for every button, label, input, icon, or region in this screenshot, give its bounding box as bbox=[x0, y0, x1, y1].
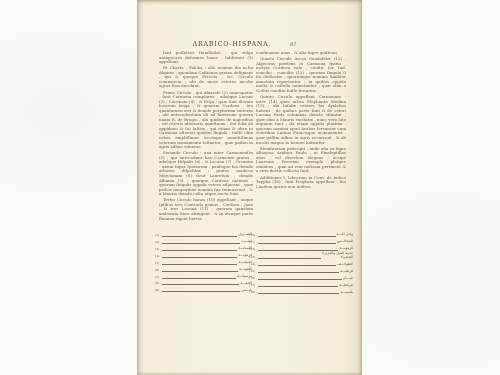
footnote-number: (14) bbox=[249, 262, 257, 266]
leader-line bbox=[162, 247, 237, 251]
footnote-arabic-word: مدينة الفيل والجزيرة الخضراء bbox=[322, 251, 353, 259]
footnote-row: (3) اللسانـــة bbox=[155, 244, 252, 251]
page-number: 87 bbox=[290, 42, 296, 48]
footnote-row: (9) بانـــس bbox=[155, 286, 252, 293]
footnote-row: (14) الطوائـــف bbox=[249, 260, 353, 267]
footnote-row: (18) بلنسيـــة bbox=[249, 288, 353, 295]
footnote-row: (15) قرطبـــة bbox=[249, 267, 353, 274]
footnote-row: (13) مدينة الفيل والجزيرة الخضراء bbox=[249, 251, 353, 259]
footnote-number: (12) bbox=[249, 247, 257, 251]
footnote-arabic-word: بلنسيـــة bbox=[340, 290, 353, 294]
paragraph: Primo Circulo , qui Alxarafe (2) nuncupa… bbox=[159, 91, 253, 150]
footnote-arabic-word: قرطبـــة bbox=[340, 269, 353, 273]
leader-line bbox=[258, 270, 339, 274]
footnote-row: (6) اللقونـــة bbox=[155, 265, 252, 272]
leader-line bbox=[258, 277, 341, 281]
footnote-number: (2) bbox=[155, 240, 161, 244]
leader-line bbox=[162, 254, 237, 258]
leader-line bbox=[258, 233, 335, 237]
footnote-row: (17) غرناطـــة bbox=[249, 281, 353, 288]
footnote-row: (8) الحمـــة bbox=[155, 279, 252, 286]
footnote-number: (16) bbox=[249, 276, 257, 280]
paragraph: confinuatas unas , & alia ſuper quiſtion… bbox=[256, 51, 346, 56]
paragraph: Et Charta , Falcha : alio nomine dia m.b… bbox=[159, 66, 253, 89]
footnote-number: (10) bbox=[249, 233, 257, 237]
leader-line bbox=[162, 282, 239, 286]
paragraph: Secundo Circulo : una inter Carmonenſes … bbox=[159, 151, 253, 196]
paragraph: Membrorum præcepti : unde alia ex ligno … bbox=[256, 147, 346, 174]
footnote-number: (3) bbox=[155, 247, 161, 251]
leader-line bbox=[258, 256, 321, 260]
footnote-arabic-word: المجالـــس bbox=[337, 239, 353, 243]
leader-line bbox=[162, 275, 235, 279]
footnote-number: (18) bbox=[249, 290, 257, 294]
footnote-column-right: (10) وادي لكـــة (11) المجالـــس (12) قر… bbox=[249, 230, 353, 295]
footnote-number: (11) bbox=[249, 240, 257, 244]
leader-line bbox=[162, 289, 240, 293]
footnote-column-left: (1) الشـــرف (2) لقنـــت (3) اللسانـــة … bbox=[155, 230, 252, 293]
footnote-row: (2) لقنـــت bbox=[155, 237, 252, 244]
leader-line bbox=[162, 233, 236, 237]
paragraph: Tertio Circulo banos (10) appellant , us… bbox=[159, 198, 253, 221]
running-header: ARABICO-HISPANA. bbox=[187, 41, 277, 48]
leader-line bbox=[258, 291, 339, 295]
paragraph: Additiones I. Librorum in Conv. de Indic… bbox=[256, 176, 346, 190]
footnote-arabic-word: الطوائـــف bbox=[337, 262, 353, 266]
leader-line bbox=[258, 263, 336, 267]
footnote-row: (5) اشبيليـــة bbox=[155, 258, 252, 265]
footnote-row: (10) وادي لكـــة bbox=[249, 230, 353, 237]
paragraph: ſunt poſſident Hamſhalas , qui vulgo ant… bbox=[159, 51, 253, 65]
footnote-row: (12) قرمونـــة bbox=[249, 244, 353, 251]
leader-line bbox=[162, 268, 238, 272]
footnote-number: (1) bbox=[155, 233, 161, 237]
footnote-row: (11) المجالـــس bbox=[249, 237, 353, 244]
paragraph: Quinto Circulo appellant Carmonam : inte… bbox=[256, 95, 346, 145]
footnote-number: (15) bbox=[249, 269, 257, 273]
footnote-number: (17) bbox=[249, 283, 257, 287]
footnote-number: (6) bbox=[155, 268, 161, 272]
leader-line bbox=[258, 240, 335, 244]
text-column-left: ſunt poſſident Hamſhalas , qui vulgo ant… bbox=[159, 51, 253, 228]
footnote-number: (9) bbox=[155, 288, 161, 292]
footnote-row: (16) جيـــان bbox=[249, 274, 353, 281]
footnote-number: (8) bbox=[155, 281, 161, 285]
leader-line bbox=[162, 240, 240, 244]
footnote-row: (4) قرمونـــة bbox=[155, 251, 252, 258]
leader-line bbox=[162, 261, 237, 265]
footnote-row: (1) الشـــرف bbox=[155, 230, 252, 237]
footnote-arabic-word: جيـــان bbox=[343, 276, 353, 280]
footnote-number: (4) bbox=[155, 254, 161, 258]
text-column-right: confinuatas unas , & alia ſuper quiſtion… bbox=[256, 51, 346, 228]
footnote-number: (7) bbox=[155, 275, 161, 279]
paragraph: Quarto Circulo Arcos Guadaletæ (12) , Al… bbox=[256, 57, 346, 93]
footnote-number: (5) bbox=[155, 261, 161, 265]
footnote-number: (13) bbox=[249, 255, 257, 259]
footnote-arabic-word: وادي لكـــة bbox=[337, 232, 353, 236]
footnote-arabic-word: غرناطـــة bbox=[339, 283, 353, 287]
footnotes-section: (1) الشـــرف (2) لقنـــت (3) اللسانـــة … bbox=[137, 230, 362, 300]
book-page: ARABICO-HISPANA. 87 ſunt poſſident Hamſh… bbox=[137, 0, 362, 375]
photograph-backdrop: ARABICO-HISPANA. 87 ſunt poſſident Hamſh… bbox=[0, 0, 500, 375]
leader-line bbox=[258, 284, 338, 288]
footnote-row: (7) مرسيانـــة bbox=[155, 272, 252, 279]
footnote-arabic-word: قرمونـــة bbox=[339, 246, 353, 250]
